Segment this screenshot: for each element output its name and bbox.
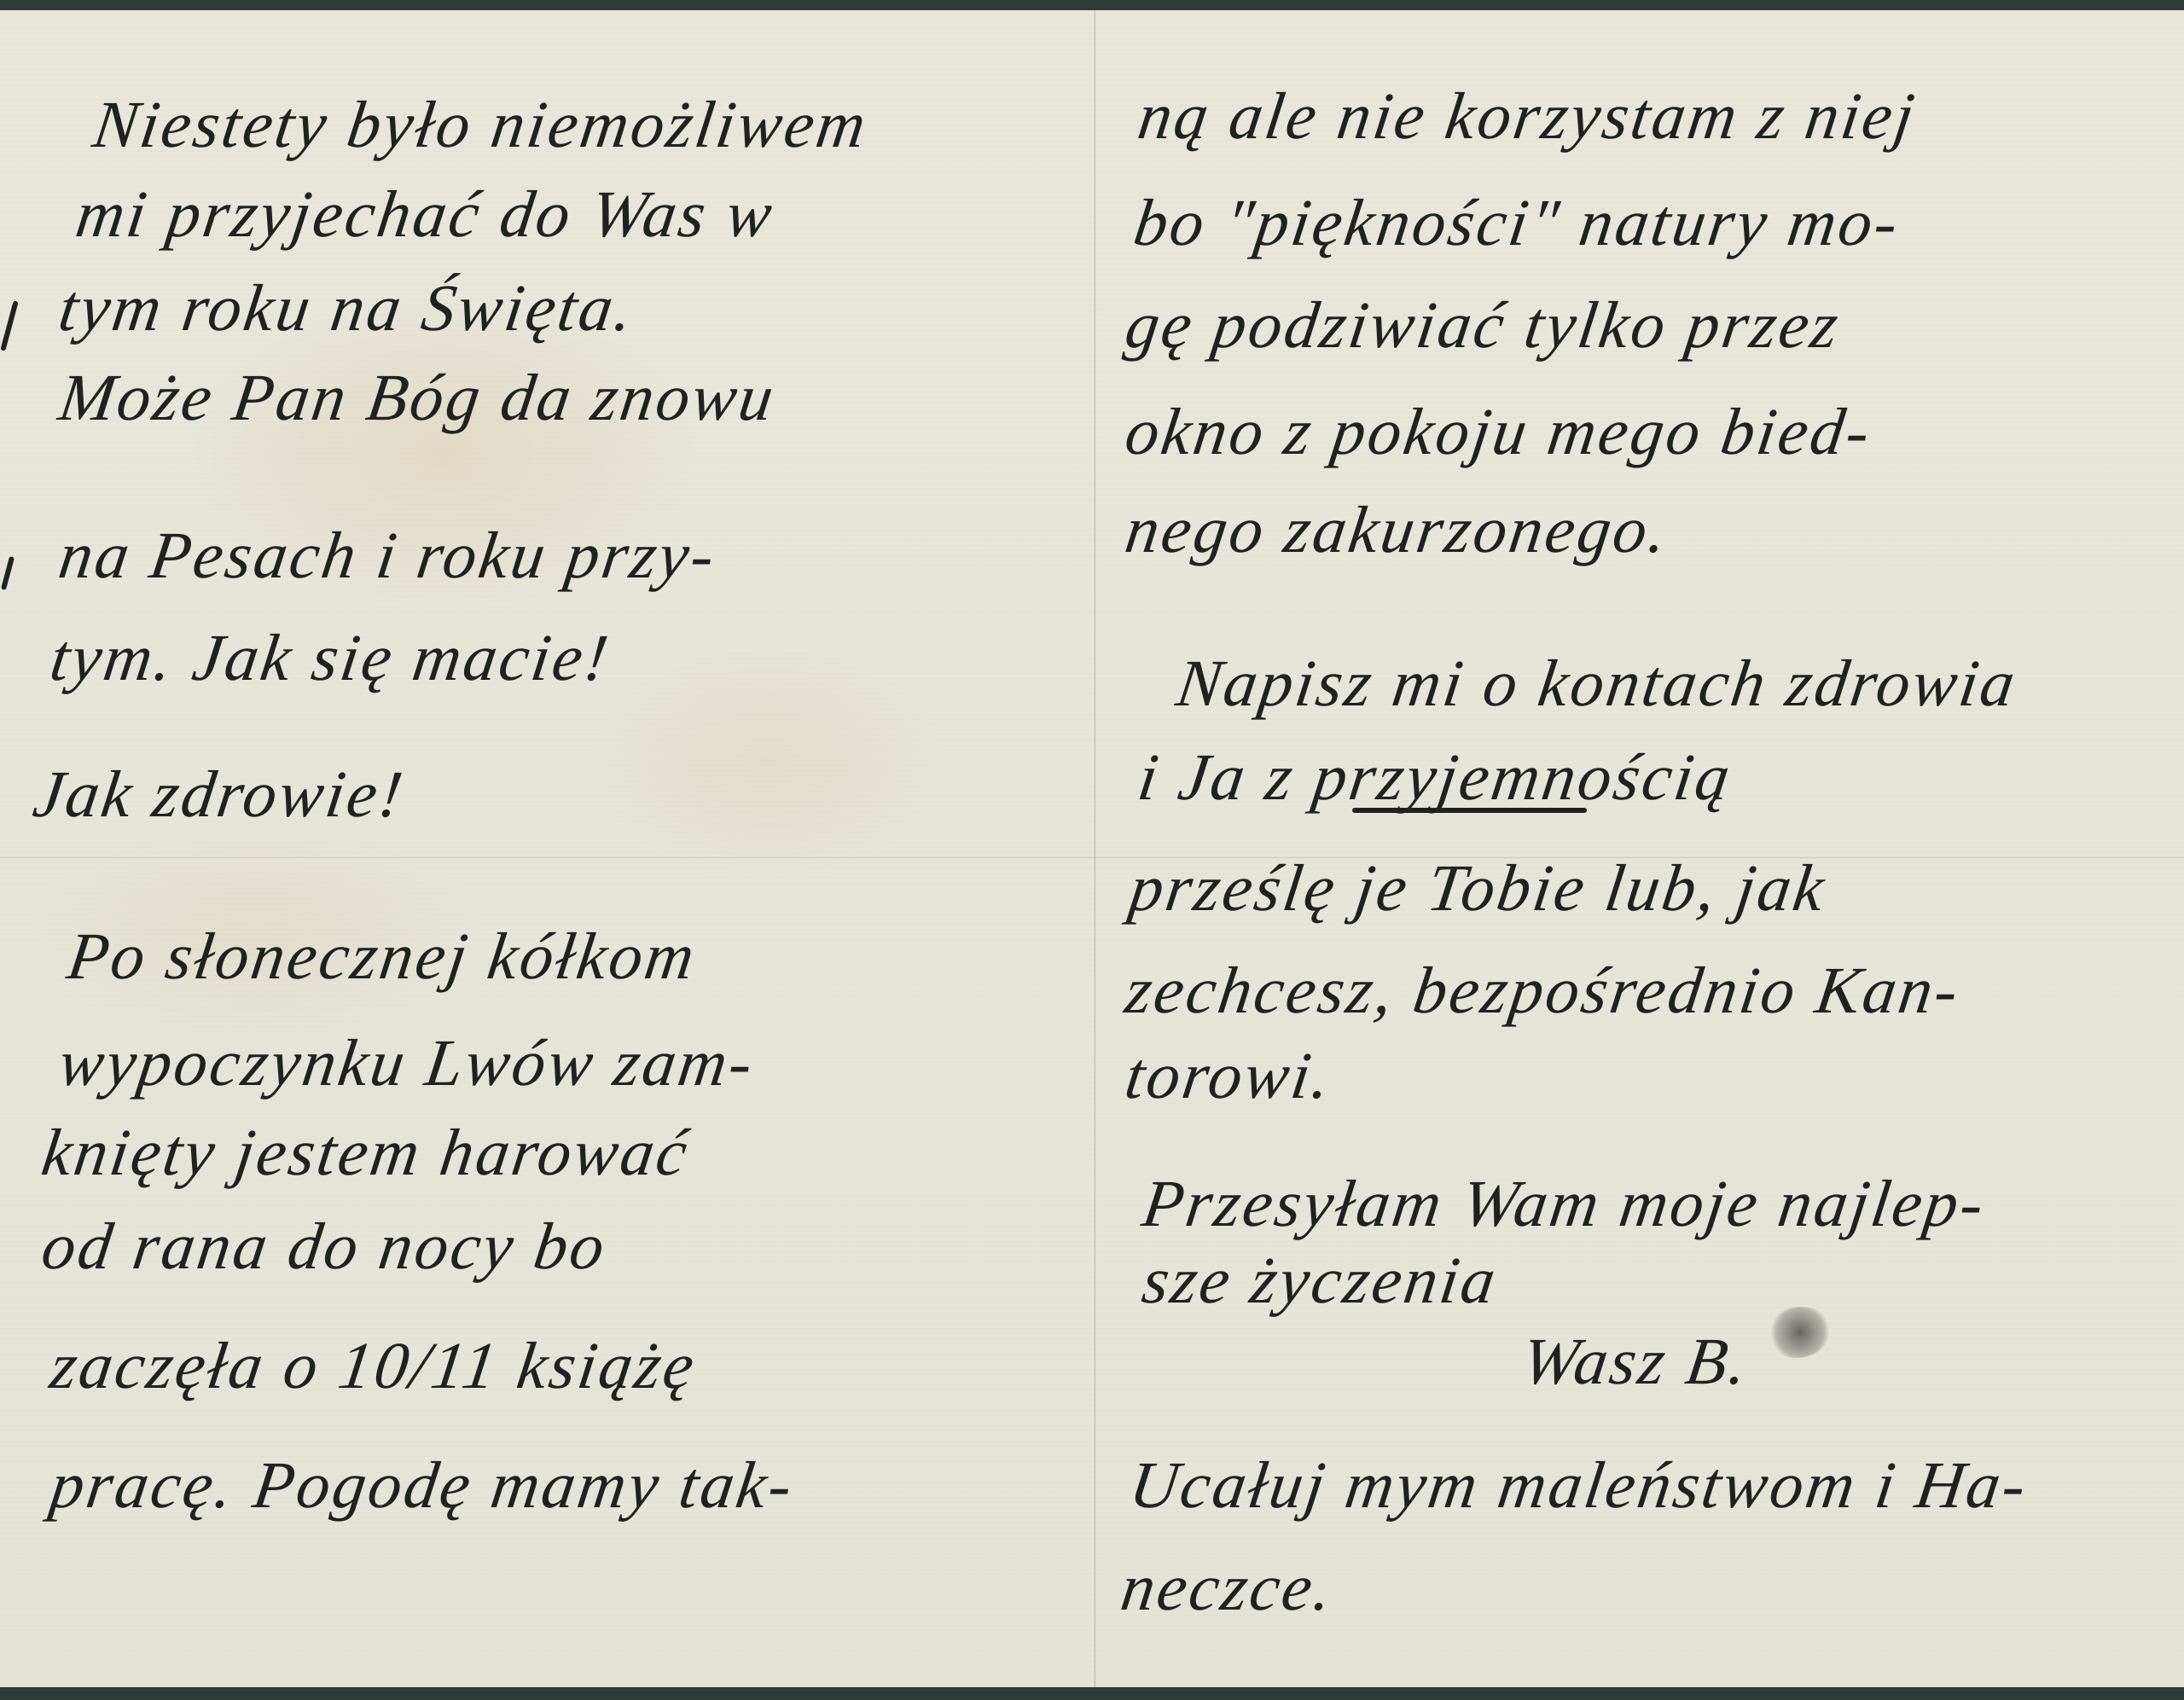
ink-blot — [1770, 1307, 1830, 1358]
signature: Wasz B. — [1519, 1328, 1754, 1395]
underline-mark — [1352, 808, 1587, 813]
letter-line: Po słonecznej kółkom — [64, 923, 701, 989]
letter-line: neczce. — [1118, 1554, 1339, 1621]
letter-line: Napisz mi o kontach zdrowia — [1173, 650, 2022, 717]
letter-line: gę podziwiać tylko przez — [1122, 292, 1845, 358]
letter-line: od rana do nocy bo — [38, 1213, 612, 1279]
right-column: ną ale nie korzystam z niej bo "pięknośc… — [1096, 10, 2184, 1687]
letter-line: Przesyłam Wam moje najlep- — [1139, 1170, 1990, 1237]
letter-line: Ucałuj mym maleństwom i Ha- — [1126, 1452, 2033, 1518]
letter-line: Jak zdrowie! — [30, 761, 409, 827]
letter-line: wypoczynku Lwów zam- — [55, 1030, 759, 1096]
letter-line: bo "piękności" natury mo- — [1130, 189, 1904, 256]
letter-line: nego zakurzonego. — [1122, 496, 1674, 563]
letter-line: na Pesach i roku przy- — [55, 522, 721, 589]
letter-line: Niestety było niemożliwem — [90, 91, 873, 158]
letter-line: torowi. — [1122, 1042, 1337, 1109]
letter-line: mi przyjechać do Was w — [73, 181, 779, 247]
letter-line: pracę. Pogodę mamy tak- — [47, 1452, 799, 1518]
letter-line: prześlę je Tobie lub, jak — [1126, 855, 1831, 921]
letter-line: Może Pan Bóg da znowu — [55, 364, 781, 431]
letter-sheet: Niestety było niemożliwem mi przyjechać … — [0, 10, 2184, 1687]
left-column: Niestety było niemożliwem mi przyjechać … — [0, 10, 1092, 1687]
letter-line: i Ja z przyjemnością — [1135, 744, 1737, 810]
letter-line: ną ale nie korzystam z niej — [1135, 83, 1921, 149]
letter-line: okno z pokoju mego bied- — [1122, 398, 1876, 465]
letter-line: sze życzenia — [1139, 1247, 1502, 1314]
letter-line: knięty jestem harować — [38, 1119, 694, 1186]
letter-line: zaczęła o 10/11 książę — [47, 1332, 701, 1399]
letter-line: tym roku na Święta. — [55, 275, 640, 341]
letter-line: zechcesz, bezpośrednio Kan- — [1122, 957, 1965, 1024]
letter-line: tym. Jak się macie! — [47, 624, 615, 691]
